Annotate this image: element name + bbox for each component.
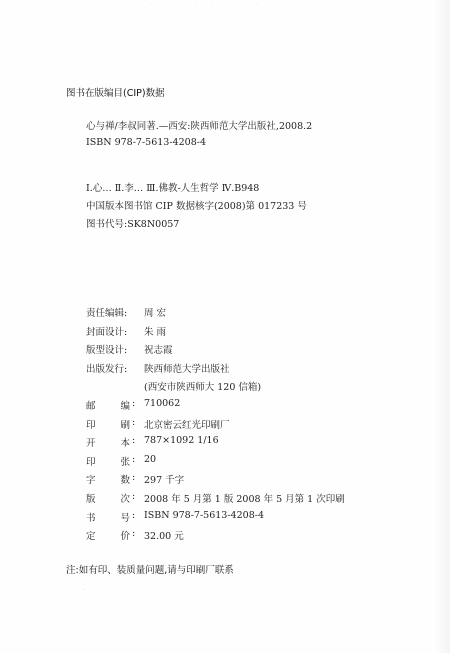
- copyright-page: · · · · · · · · 图书在版编目(CIP)数据 心与禅/李叔同著.—…: [0, 0, 450, 653]
- colophon-row-publisher: 出版发行: 陕西师范大学出版社: [86, 361, 406, 380]
- colophon-row-layout-design: 版型设计: 祝志霞: [86, 342, 406, 361]
- colophon-value: (西安市陕西师大 120 信箱): [144, 379, 261, 393]
- colophon-label: 封面设计:: [86, 324, 142, 338]
- colophon-row-printer: 印刷 : 北京密云红光印刷厂: [86, 417, 406, 436]
- colophon-label: 定价: [86, 528, 130, 542]
- scan-edge-shadow: [432, 0, 450, 653]
- colophon-row-price: 定价 : 32.00 元: [86, 528, 406, 547]
- cip-book-code-line: 图书代号:SK8N0057: [86, 216, 179, 230]
- colophon-label: 出版发行:: [86, 361, 142, 375]
- colophon-value: ISBN 978-7-5613-4208-4: [144, 510, 264, 521]
- colophon-value: 710062: [144, 398, 180, 409]
- colophon-label: 版型设计:: [86, 342, 142, 356]
- colophon-row-format: 开本 : 787×1092 1/16: [86, 435, 406, 454]
- colophon-value: 787×1092 1/16: [144, 435, 219, 446]
- colophon-value: 北京密云红光印刷厂: [144, 417, 230, 431]
- cip-classification-line: Ⅰ.心… Ⅱ.李… Ⅲ.佛教-人生哲学 Ⅳ.B948: [86, 180, 259, 194]
- cip-isbn-line: ISBN 978-7-5613-4208-4: [86, 137, 206, 148]
- cip-heading: 图书在版编目(CIP)数据: [66, 85, 165, 99]
- cip-title-line: 心与禅/李叔同著.—西安:陕西师范大学出版社,2008.2: [86, 118, 312, 132]
- colophon-value: 祝志霞: [144, 342, 173, 356]
- colophon-label: 开本: [86, 435, 130, 449]
- colophon-label: 书号: [86, 510, 130, 524]
- colophon-row-editor: 责任编辑: 周 宏: [86, 305, 406, 324]
- scan-speck: ·: [83, 587, 87, 591]
- colophon-value: 朱 雨: [144, 324, 166, 338]
- colophon-row-cover-design: 封面设计: 朱 雨: [86, 324, 406, 343]
- colophon: 责任编辑: 周 宏 封面设计: 朱 雨 版型设计: 祝志霞 出版发行: 陕西师范…: [86, 305, 406, 547]
- colophon-label: 版次: [86, 491, 130, 505]
- colophon-row-isbn: 书号 : ISBN 978-7-5613-4208-4: [86, 510, 406, 529]
- colophon-row-word-count: 字数 : 297 千字: [86, 472, 406, 491]
- colophon-value: 20: [144, 454, 156, 465]
- colophon-value: 2008 年 5 月第 1 版 2008 年 5 月第 1 次印刷: [144, 491, 345, 505]
- colophon-value: 周 宏: [144, 305, 166, 319]
- colophon-label: 邮编: [86, 398, 130, 412]
- colophon-row-edition: 版次 : 2008 年 5 月第 1 版 2008 年 5 月第 1 次印刷: [86, 491, 406, 510]
- quality-notice: 注:如有印、装质量问题,请与印刷厂联系: [66, 562, 234, 576]
- colophon-row-sheets: 印张 : 20: [86, 454, 406, 473]
- colophon-label: 印张: [86, 454, 130, 468]
- colophon-value: 32.00 元: [144, 528, 184, 542]
- colophon-row-publisher-address: (西安市陕西师大 120 信箱): [86, 379, 406, 398]
- colophon-label: 责任编辑:: [86, 305, 142, 319]
- colophon-value: 297 千字: [144, 472, 184, 486]
- scan-artifact-marks: · · · · · · · ·: [150, 2, 440, 8]
- colophon-row-postcode: 邮编 : 710062: [86, 398, 406, 417]
- colophon-label: 印刷: [86, 417, 130, 431]
- cip-verification-line: 中国版本图书馆 CIP 数据核字(2008)第 017233 号: [86, 198, 307, 212]
- colophon-value: 陕西师范大学出版社: [144, 361, 230, 375]
- colophon-label: 字数: [86, 472, 130, 486]
